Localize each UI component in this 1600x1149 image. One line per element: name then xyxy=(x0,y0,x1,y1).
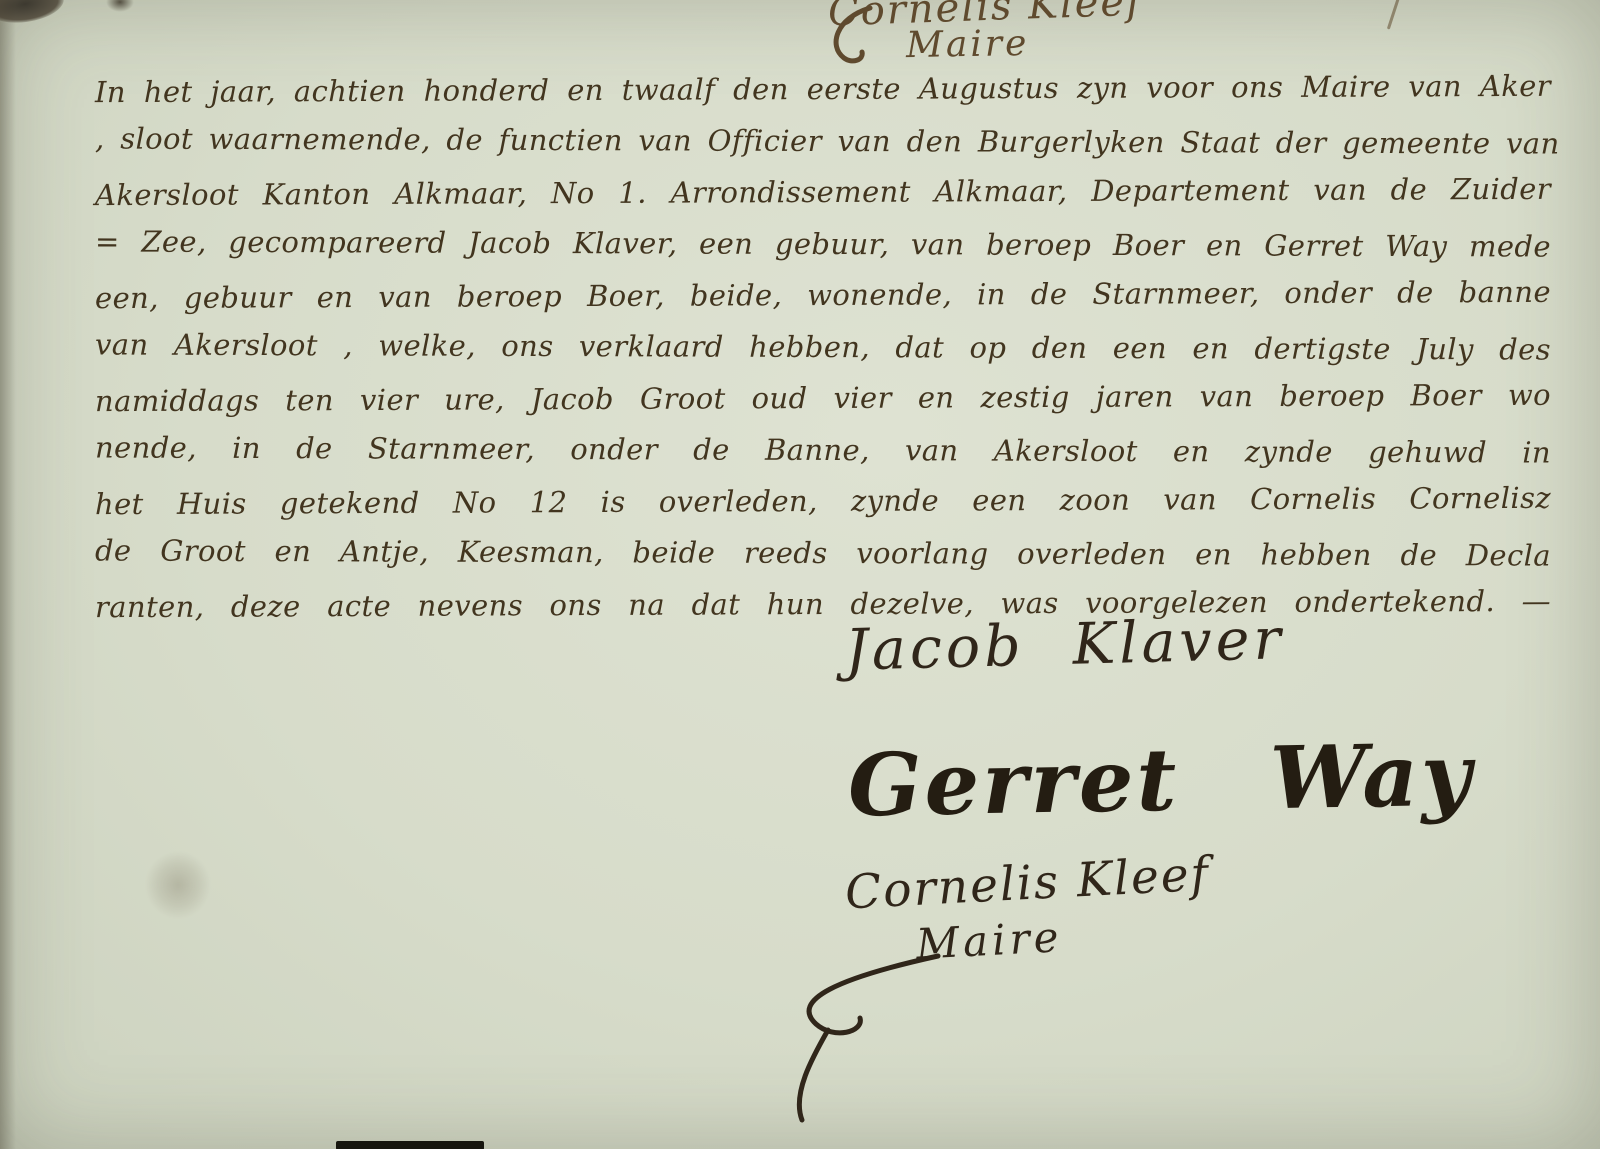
act-text-block: In het jaar, achtien honderd en twaalf d… xyxy=(95,64,1551,631)
signature-gerret-way: Gerret Way xyxy=(847,725,1475,837)
top-paraph-flourish xyxy=(822,6,892,68)
act-line: de Groot en Antje, Keesman, beide reeds … xyxy=(95,525,1551,582)
act-line: een, gebuur en van beroep Boer, beide, w… xyxy=(95,267,1551,325)
bottom-paraph-flourish xyxy=(768,948,978,1128)
bottom-scan-artifact xyxy=(336,1141,484,1149)
act-line: , sloot waarnemende, de functien van Off… xyxy=(95,113,1551,170)
act-line: ranten, deze acte nevens ons na dat hun … xyxy=(95,576,1551,634)
signature-cornelis-kleef: Cornelis Kleef xyxy=(844,846,1211,920)
act-line: het Huis getekend No 12 is overleden, zy… xyxy=(95,473,1551,531)
paper-stain xyxy=(146,852,210,918)
act-line: In het jaar, achtien honderd en twaalf d… xyxy=(95,61,1551,119)
previous-act-signature-title: Maire xyxy=(906,23,1030,66)
act-line: Akersloot Kanton Alkmaar, No 1. Arrondis… xyxy=(95,164,1551,222)
paper-left-edge-shadow xyxy=(0,0,16,1149)
act-line: nende, in de Starnmeer, onder de Banne, … xyxy=(95,422,1551,479)
act-line: van Akersloot , welke, ons verklaard heb… xyxy=(95,319,1551,376)
act-line: = Zee, gecompareerd Jacob Klaver, een ge… xyxy=(95,216,1551,273)
act-line: namiddags ten vier ure, Jacob Groot oud … xyxy=(95,370,1551,428)
top-stray-pen-mark xyxy=(1387,0,1400,30)
manuscript-page: Cornelis Kleef Maire In het jaar, achtie… xyxy=(0,0,1600,1149)
top-left-small-blot xyxy=(106,0,134,12)
signature-jacob-klaver: Jacob Klaver xyxy=(844,606,1285,683)
